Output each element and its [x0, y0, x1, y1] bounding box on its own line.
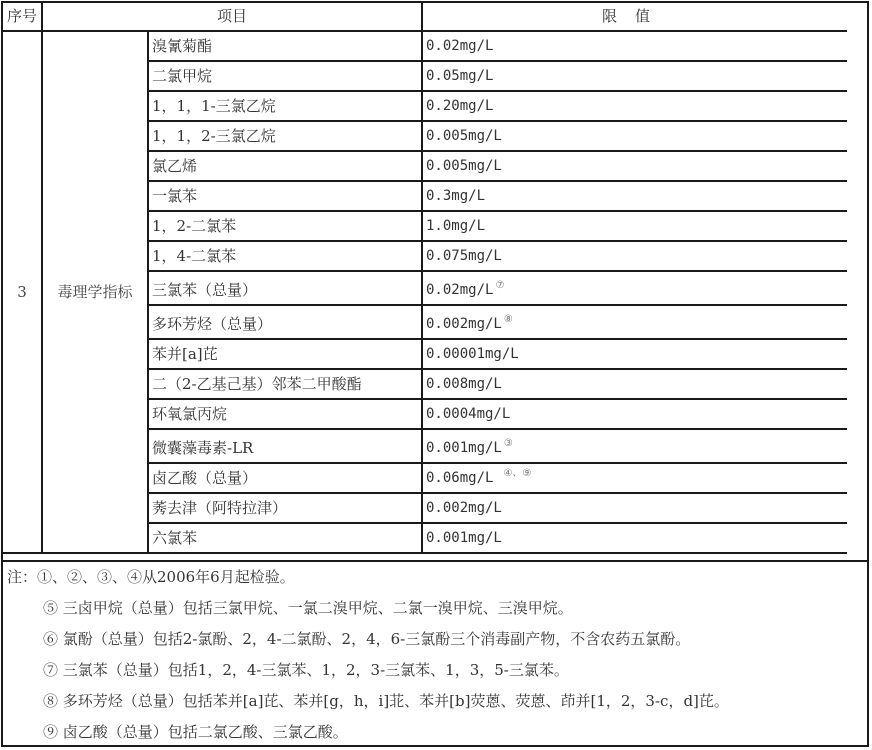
item-cell: 氯乙烯 — [148, 151, 422, 181]
limit-cell: 0.005mg/L — [422, 151, 847, 181]
header-item: 项目 — [42, 3, 422, 31]
limit-value: 0.001mg/L — [426, 530, 502, 546]
limit-value: 0.02mg/L — [426, 282, 493, 298]
item-cell: 1，4-二氯苯 — [148, 241, 422, 271]
footnote-marker: ④、⑨ — [503, 469, 531, 479]
item-cell: 苯并[a]芘 — [148, 339, 422, 369]
limit-value: 0.001mg/L — [426, 440, 502, 456]
limit-value: 0.0004mg/L — [426, 406, 510, 422]
limit-value: 0.00001mg/L — [426, 346, 519, 362]
limit-value: 0.06mg/L — [426, 470, 493, 486]
group-category: 毒理学指标 — [42, 31, 148, 553]
limit-value: 1.0mg/L — [426, 218, 485, 234]
limit-cell: 0.002mg/L⑧ — [422, 305, 847, 339]
limit-cell: 0.001mg/L③ — [422, 429, 847, 463]
item-cell: 一氯苯 — [148, 181, 422, 211]
note-line: ⑧ 多环芳烃（总量）包括苯并[a]芘、苯并[g，h，i]苝、苯并[b]荧蒽、荧蒽… — [3, 686, 867, 717]
footnote-marker: ⑧ — [504, 314, 513, 325]
item-cell: 二氯甲烷 — [148, 61, 422, 91]
limit-value: 0.075mg/L — [426, 248, 502, 264]
note-line: ⑥ 氯酚（总量）包括2-氯酚、2，4-二氯酚、2，4，6-三氯酚三个消毒副产物，… — [3, 624, 867, 655]
limit-cell: 1.0mg/L — [422, 211, 847, 241]
document-sheet: 序号 项目 限值 3毒理学指标溴氰菊酯0.02mg/L二氯甲烷0.05mg/L1… — [1, 1, 869, 747]
note-line: ⑦ 三氯苯（总量）包括1，2，4-三氯苯、1，2，3-三氯苯、1，3，5-三氯苯… — [3, 655, 867, 686]
limit-cell: 0.06mg/L④、⑨ — [422, 463, 847, 493]
limit-value: 0.002mg/L — [426, 316, 502, 332]
group-index: 3 — [3, 31, 42, 553]
limit-cell: 0.002mg/L — [422, 493, 847, 523]
limit-cell: 0.02mg/L — [422, 31, 847, 61]
limit-value: 0.005mg/L — [426, 128, 502, 144]
limit-value: 0.20mg/L — [426, 98, 493, 114]
water-quality-table: 序号 项目 限值 3毒理学指标溴氰菊酯0.02mg/L二氯甲烷0.05mg/L1… — [3, 3, 847, 554]
note-line: ⑨ 卤乙酸（总量）包括二氯乙酸、三氯乙酸。 — [3, 717, 867, 748]
note-line: 注：①、②、③、④从2006年6月起检验。 — [3, 562, 867, 593]
item-cell: 三氯苯（总量） — [148, 271, 422, 305]
limit-value: 0.3mg/L — [426, 188, 485, 204]
header-limit: 限值 — [422, 3, 847, 31]
header-limit-label: 限值 — [602, 7, 668, 25]
limit-value: 0.005mg/L — [426, 158, 502, 174]
item-cell: 溴氰菊酯 — [148, 31, 422, 61]
item-cell: 1，1，1-三氯乙烷 — [148, 91, 422, 121]
item-cell: 环氧氯丙烷 — [148, 399, 422, 429]
limit-cell: 0.05mg/L — [422, 61, 847, 91]
notes-section: 注：①、②、③、④从2006年6月起检验。⑤ 三卤甲烷（总量）包括三氯甲烷、一氯… — [3, 560, 867, 748]
item-cell: 莠去津（阿特拉津） — [148, 493, 422, 523]
table-row: 3毒理学指标溴氰菊酯0.02mg/L — [3, 31, 847, 61]
footnote-marker: ⑦ — [495, 280, 504, 291]
limit-cell: 0.001mg/L — [422, 523, 847, 553]
item-cell: 多环芳烃（总量） — [148, 305, 422, 339]
item-cell: 卤乙酸（总量） — [148, 463, 422, 493]
limit-cell: 0.0004mg/L — [422, 399, 847, 429]
table-header-row: 序号 项目 限值 — [3, 3, 847, 31]
limit-cell: 0.005mg/L — [422, 121, 847, 151]
limit-cell: 0.3mg/L — [422, 181, 847, 211]
limit-value: 0.008mg/L — [426, 376, 502, 392]
item-cell: 1，1，2-三氯乙烷 — [148, 121, 422, 151]
item-cell: 六氯苯 — [148, 523, 422, 553]
item-cell: 微囊藻毒素-LR — [148, 429, 422, 463]
header-index: 序号 — [3, 3, 42, 31]
limit-cell: 0.00001mg/L — [422, 339, 847, 369]
table-body: 3毒理学指标溴氰菊酯0.02mg/L二氯甲烷0.05mg/L1，1，1-三氯乙烷… — [3, 31, 847, 553]
limit-cell: 0.008mg/L — [422, 369, 847, 399]
limit-cell: 0.20mg/L — [422, 91, 847, 121]
limit-value: 0.05mg/L — [426, 68, 493, 84]
limit-value: 0.002mg/L — [426, 500, 502, 516]
note-line: ⑤ 三卤甲烷（总量）包括三氯甲烷、一氯二溴甲烷、二氯一溴甲烷、三溴甲烷。 — [3, 593, 867, 624]
item-cell: 二（2-乙基己基）邻苯二甲酸酯 — [148, 369, 422, 399]
limit-value: 0.02mg/L — [426, 38, 493, 54]
item-cell: 1，2-二氯苯 — [148, 211, 422, 241]
limit-cell: 0.02mg/L⑦ — [422, 271, 847, 305]
limit-cell: 0.075mg/L — [422, 241, 847, 271]
footnote-marker: ③ — [504, 438, 513, 449]
